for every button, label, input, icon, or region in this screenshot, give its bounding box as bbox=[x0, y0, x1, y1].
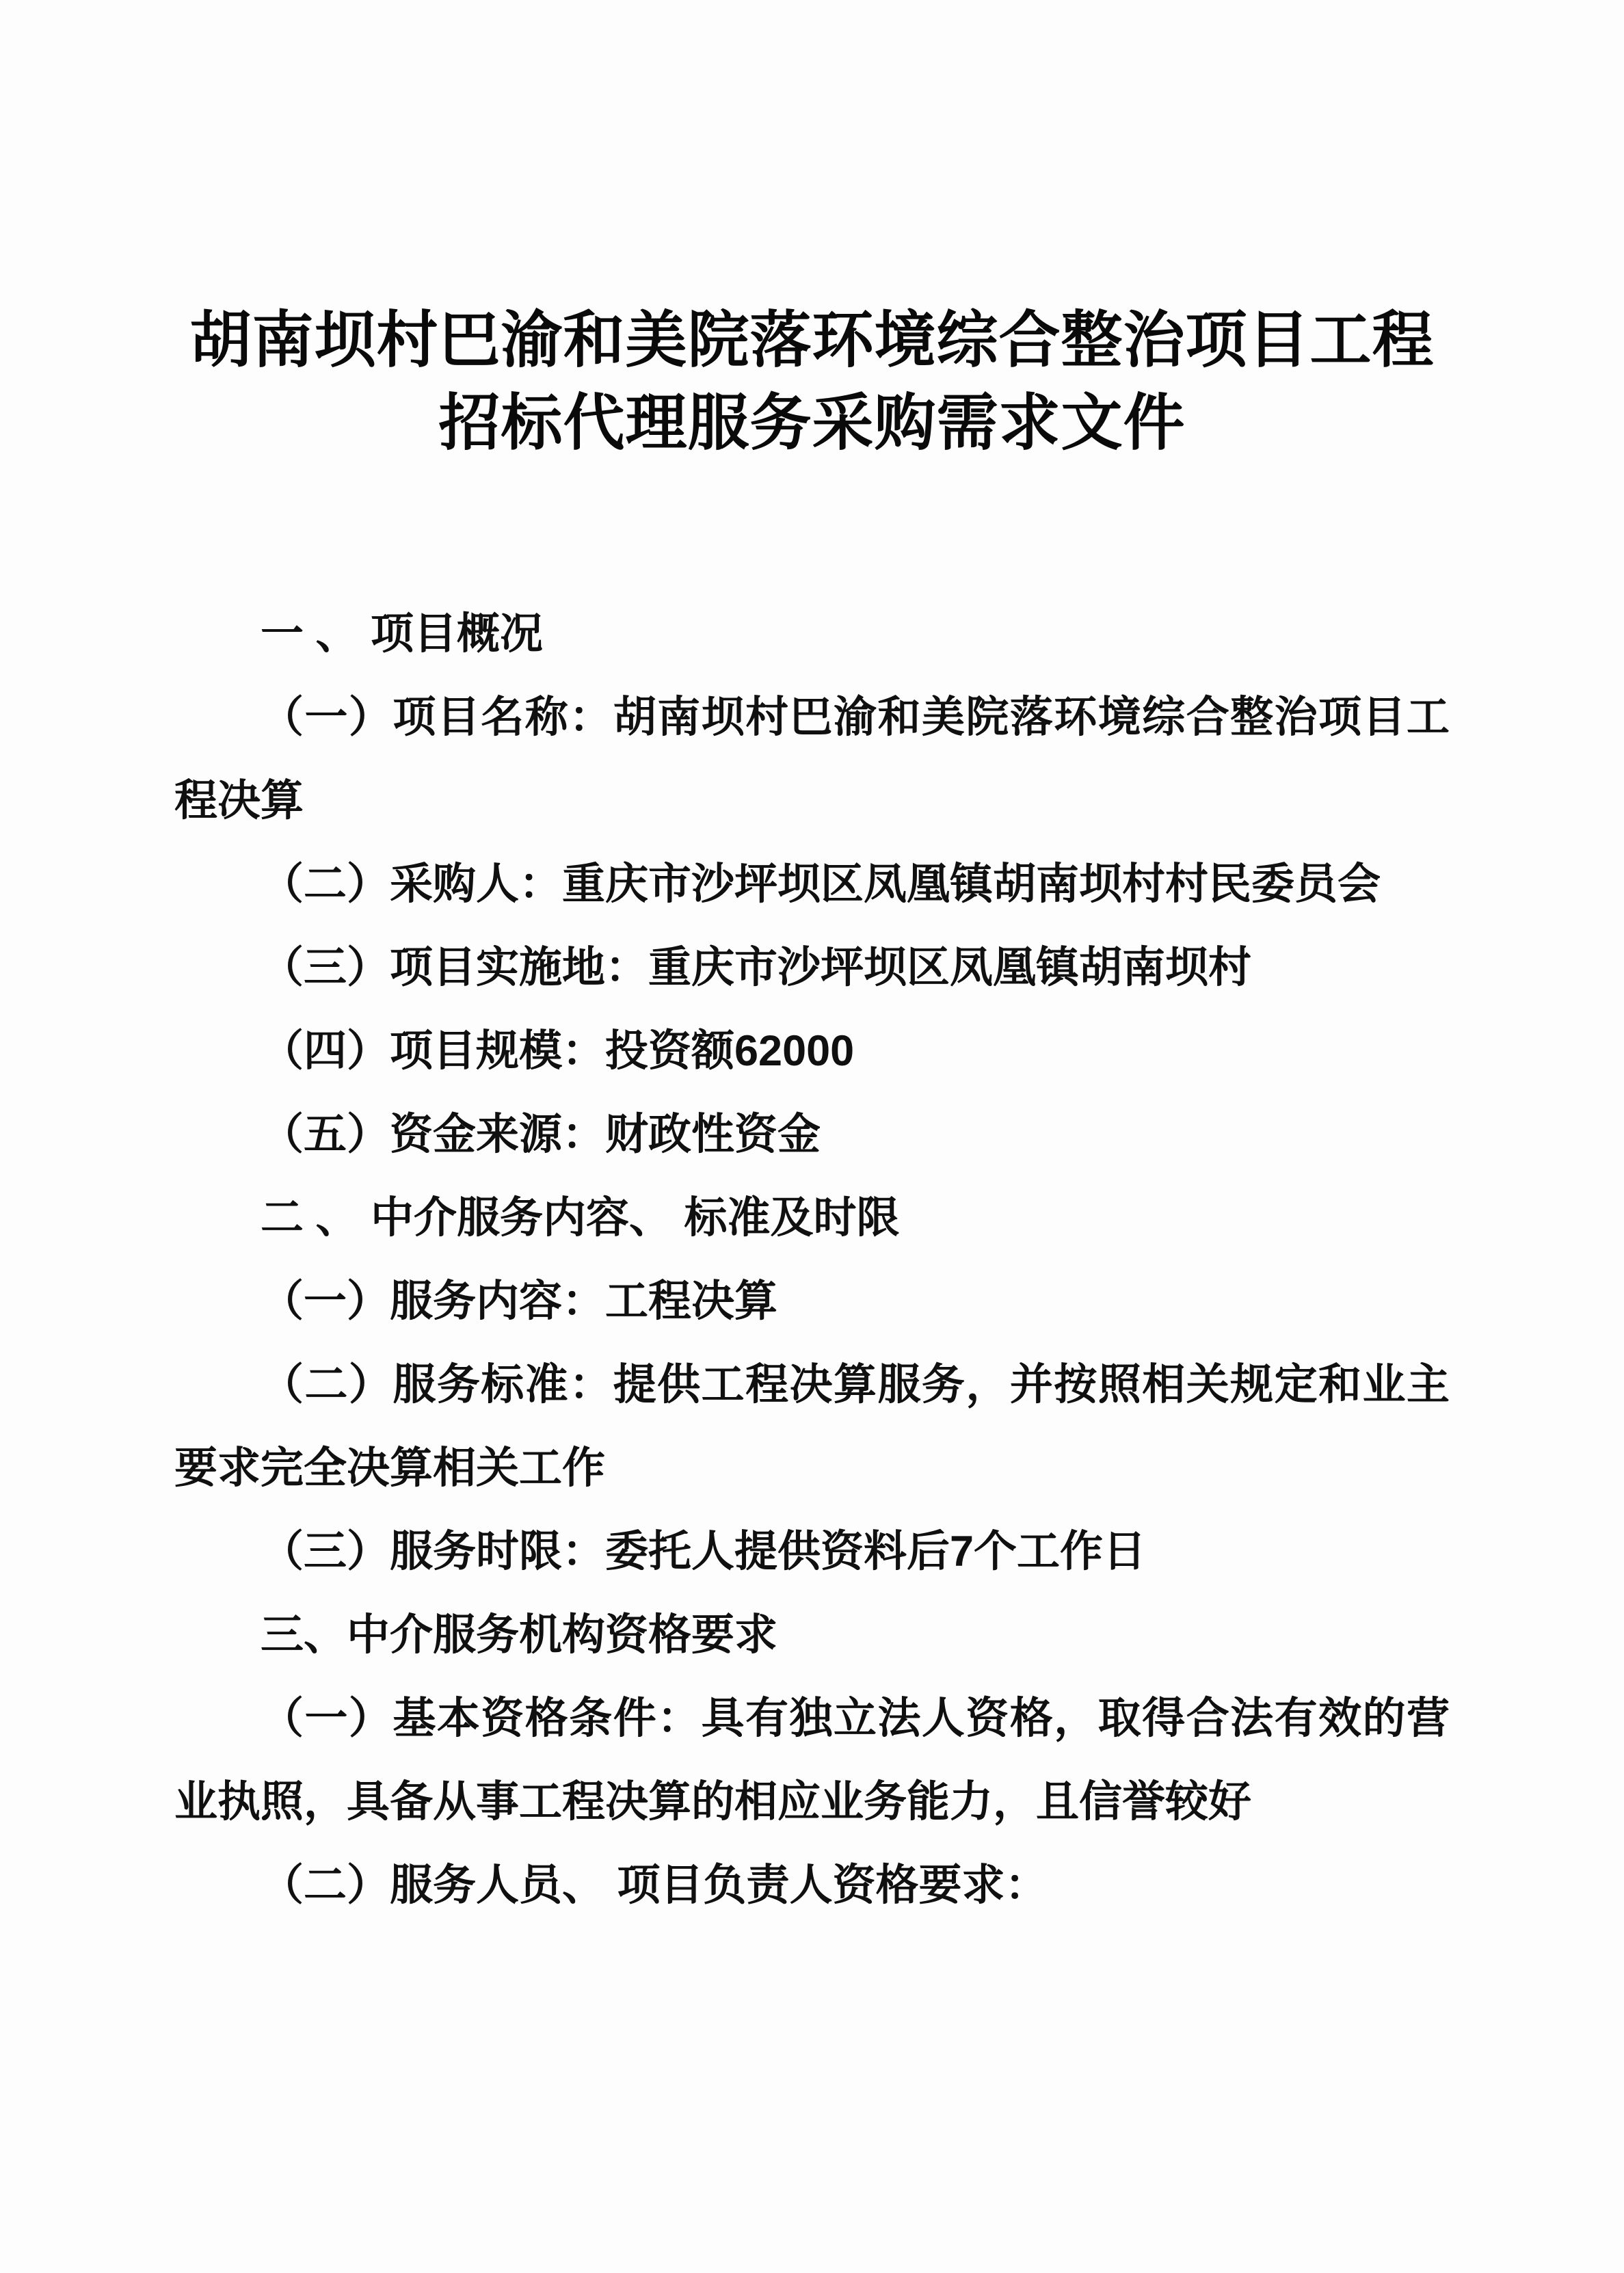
item-project-location: （三）项目实施地：重庆市沙坪坝区凤凰镇胡南坝村 bbox=[174, 926, 1450, 1009]
document-title: 胡南坝村巴渝和美院落环境综合整治项目工程 招标代理服务采购需求文件 bbox=[0, 0, 1624, 465]
document-title-line-1: 胡南坝村巴渝和美院落环境综合整治项目工程 bbox=[0, 300, 1624, 382]
item-project-scale: （四）项目规模：投资额62000 bbox=[174, 1009, 1450, 1093]
item-project-name: （一）项目名称：胡南坝村巴渝和美院落环境综合整治项目工程决算 bbox=[174, 676, 1450, 842]
section-3-heading: 三、中介服务机构资格要求 bbox=[174, 1593, 1450, 1677]
document-title-line-2: 招标代理服务采购需求文件 bbox=[0, 382, 1624, 465]
item-personnel-requirement: （二）服务人员、 项目负责人资格要求： bbox=[174, 1844, 1450, 1927]
item-service-standard: （二）服务标准：提供工程决算服务，并按照相关规定和业主要求完全决算相关工作 bbox=[174, 1343, 1450, 1510]
section-2-heading: 二 、 中介服务内容、 标准及时限 bbox=[174, 1176, 1450, 1260]
item-service-time-limit: （三）服务时限：委托人提供资料后7个工作日 bbox=[174, 1510, 1450, 1593]
item-funding-source: （五）资金来源：财政性资金 bbox=[174, 1093, 1450, 1176]
section-1-heading: 一 、 项目概况 bbox=[174, 592, 1450, 676]
document-page: 胡南坝村巴渝和美院落环境综合整治项目工程 招标代理服务采购需求文件 一 、 项目… bbox=[0, 0, 1624, 2273]
item-purchaser: （二）采购人：重庆市沙坪坝区凤凰镇胡南坝村村民委员会 bbox=[174, 842, 1450, 926]
document-body: 一 、 项目概况（一）项目名称：胡南坝村巴渝和美院落环境综合整治项目工程决算（二… bbox=[174, 592, 1450, 1927]
item-service-content: （一）服务内容：工程决算 bbox=[174, 1260, 1450, 1343]
item-basic-qualification: （一）基本资格条件：具有独立法人资格，取得合法有效的营业执照，具备从事工程决算的… bbox=[174, 1677, 1450, 1844]
